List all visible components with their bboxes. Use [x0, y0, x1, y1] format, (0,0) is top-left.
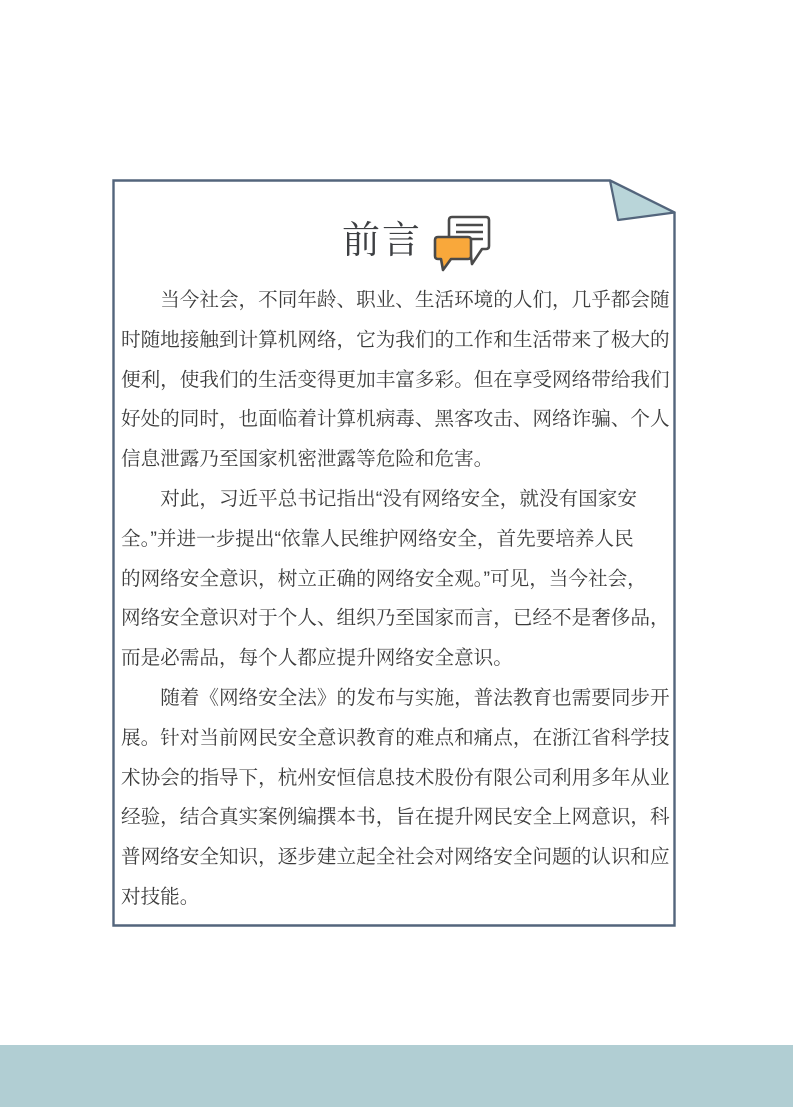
- page-title: 前言: [342, 222, 422, 260]
- title-row: 前言: [143, 209, 694, 273]
- paragraph-3: 随着《网络安全法》的发布与实施，普法教育也需要同步开 展。针对当前网民安全意识教…: [121, 679, 672, 918]
- preface-body: 当今社会，不同年龄、职业、生活环境的人们，几乎都会随 时随地接触到计算机网络，它…: [121, 281, 672, 918]
- panel-content: 前言 当今社会，不同年龄、职业、生活环境的人们，几乎都会随 时随地接触到计算机网…: [112, 179, 676, 927]
- bottom-band: [0, 1045, 793, 1107]
- page-background: { "page": { "title": "前言", "paragraphs":…: [0, 0, 793, 1107]
- paragraph-1: 当今社会，不同年龄、职业、生活环境的人们，几乎都会随 时随地接触到计算机网络，它…: [121, 281, 672, 480]
- chat-bubbles-icon: [433, 212, 495, 274]
- paragraph-2: 对此，习近平总书记指出“没有网络安全，就没有国家安 全。”并进一步提出“依靠人民…: [121, 480, 672, 679]
- orange-bubble: [435, 237, 471, 270]
- preface-panel: 前言 当今社会，不同年龄、职业、生活环境的人们，几乎都会随 时随地接触到计算机网…: [112, 179, 676, 927]
